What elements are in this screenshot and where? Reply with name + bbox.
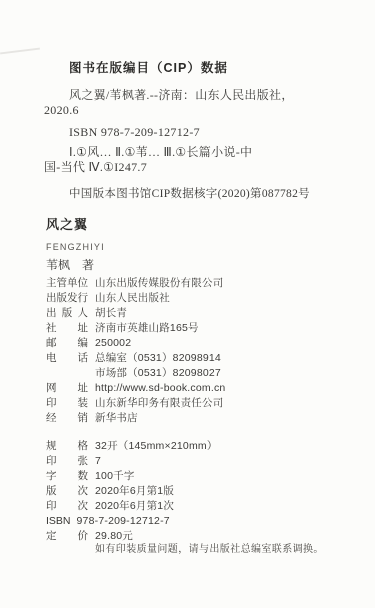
info-row-label: 经销	[46, 411, 88, 426]
info-row-value: 总编室（0531）82098914	[95, 352, 221, 364]
info-row: 字数100千字	[46, 469, 218, 484]
book-author: 苇枫 著	[46, 258, 105, 272]
info-row-value: 2020年6月第1次	[95, 500, 174, 512]
printing-info-list: 规格32开（145mm×210mm） 印张7 字数100千字 版次2020年6月…	[46, 439, 218, 544]
info-row-continuation: 市场部（0531）82098027	[46, 366, 225, 381]
info-row-label: 邮编	[46, 336, 88, 351]
info-row-value: 32开（145mm×210mm）	[95, 440, 218, 452]
info-row-label: 印次	[46, 499, 88, 514]
cip-isbn-line: ISBN 978-7-209-12712-7	[44, 125, 359, 140]
info-row-value: 山东人民出版社	[95, 292, 170, 304]
info-row-value: http://www.sd-book.com.cn	[95, 382, 225, 394]
info-row-label: 出版人	[46, 306, 88, 321]
info-row: 出版发行山东人民出版社	[46, 291, 225, 306]
info-row-label: 版次	[46, 484, 88, 499]
cip-classification-line-2: 国-当代 Ⅳ.①I247.7	[44, 160, 359, 175]
info-row-label: 出版发行	[46, 291, 88, 306]
info-row-value: 250002	[95, 337, 131, 349]
info-row-label: 印装	[46, 396, 88, 411]
info-row-label: 定价	[46, 529, 88, 544]
info-row: 社址济南市英雄山路165号	[46, 321, 225, 336]
info-row-label: ISBN	[46, 514, 71, 529]
cip-section: 图书在版编目（CIP）数据 风之翼/苇枫著.--济南：山东人民出版社， 2020…	[44, 60, 359, 202]
book-title-block: 风之翼 FENGZHIYI 苇枫 著	[46, 217, 105, 272]
info-row-value: 胡长青	[95, 307, 127, 319]
quality-note: 如有印装质量问题，请与出版社总编室联系调换。	[95, 543, 324, 557]
info-row-value: 新华书店	[95, 412, 138, 424]
publishing-info-list: 主管单位山东出版传媒股份有限公司 出版发行山东人民出版社 出版人胡长青 社址济南…	[46, 276, 225, 426]
info-row-value: 山东新华印务有限责任公司	[95, 397, 223, 409]
info-row-label: 主管单位	[46, 276, 88, 291]
info-row-value: 2020年6月第1版	[95, 485, 174, 497]
info-row: 邮编250002	[46, 336, 225, 351]
info-row-label: 规格	[46, 439, 88, 454]
info-row-label: 社址	[46, 321, 88, 336]
info-row-value: 978-7-209-12712-7	[77, 515, 170, 527]
info-row: 印张7	[46, 454, 218, 469]
info-row-value: 29.80元	[95, 530, 133, 542]
cip-entry-line-1: 风之翼/苇枫著.--济南：山东人民出版社，	[44, 88, 359, 103]
info-row-label: 印张	[46, 454, 88, 469]
book-title: 风之翼	[46, 217, 105, 233]
cip-heading: 图书在版编目（CIP）数据	[69, 60, 359, 76]
info-row: 主管单位山东出版传媒股份有限公司	[46, 276, 225, 291]
info-row-value: 100千字	[95, 470, 135, 482]
info-row: 定价29.80元	[46, 529, 218, 544]
cip-entry-line-2: 2020.6	[44, 103, 359, 118]
info-row: 印装山东新华印务有限责任公司	[46, 396, 225, 411]
info-row-isbn: ISBN978-7-209-12712-7	[46, 514, 218, 529]
book-title-pinyin: FENGZHIYI	[46, 241, 105, 253]
cip-record-number: 中国版本图书馆CIP数据核字(2020)第087782号	[44, 187, 359, 202]
info-row: 印次2020年6月第1次	[46, 499, 218, 514]
info-row-label: 字数	[46, 469, 88, 484]
info-row-value: 市场部（0531）82098027	[95, 367, 221, 379]
cip-classification-line-1: Ⅰ.①风… Ⅱ.①苇… Ⅲ.①长篇小说-中	[44, 145, 359, 160]
info-row: 经销新华书店	[46, 411, 225, 426]
colophon-page: 图书在版编目（CIP）数据 风之翼/苇枫著.--济南：山东人民出版社， 2020…	[0, 0, 375, 608]
info-row: 版次2020年6月第1版	[46, 484, 218, 499]
info-row-label: 网址	[46, 381, 88, 396]
info-row: 网址http://www.sd-book.com.cn	[46, 381, 225, 396]
info-row: 规格32开（145mm×210mm）	[46, 439, 218, 454]
info-row-value: 济南市英雄山路165号	[95, 322, 199, 334]
info-row-value: 山东出版传媒股份有限公司	[95, 277, 223, 289]
info-row: 电话总编室（0531）82098914	[46, 351, 225, 366]
info-row-label: 电话	[46, 351, 88, 366]
info-row: 出版人胡长青	[46, 306, 225, 321]
info-row-value: 7	[95, 455, 101, 467]
scan-streak-artifact	[0, 48, 40, 55]
